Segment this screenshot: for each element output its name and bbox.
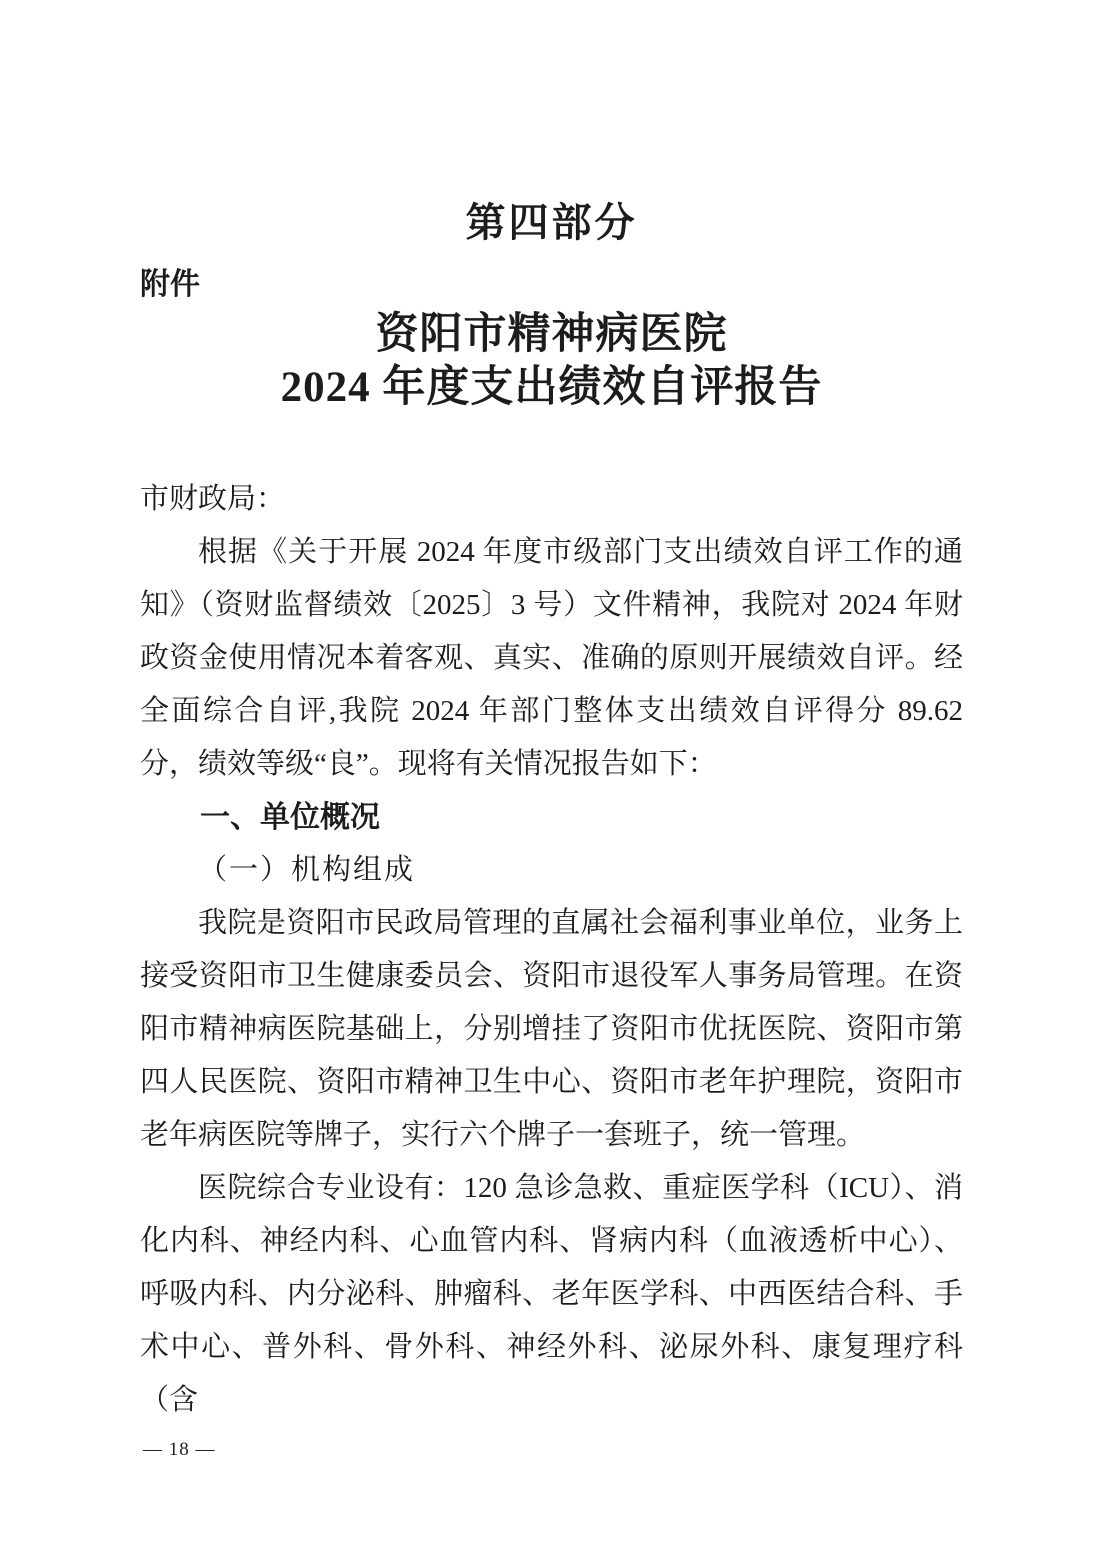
document-page: 第四部分 附件 资阳市精神病医院 2024 年度支出绩效自评报告 市财政局： 根… [0, 0, 1100, 1555]
page-number: — 18 — [143, 1438, 216, 1462]
document-title-line1: 资阳市精神病医院 [140, 308, 963, 361]
document-title-line2: 2024 年度支出绩效自评报告 [140, 361, 963, 414]
organization-paragraph: 我院是资阳市民政局管理的直属社会福利事业单位，业务上接受资阳市卫生健康委员会、资… [140, 897, 963, 1162]
attachment-label: 附件 [140, 267, 963, 303]
intro-paragraph: 根据《关于开展 2024 年度市级部门支出绩效自评工作的通知》（资财监督绩效〔2… [140, 526, 963, 791]
subsection-heading-organization: （一）机构组成 [140, 844, 963, 897]
section-heading-unit-overview: 一、单位概况 [140, 791, 963, 844]
departments-paragraph: 医院综合专业设有：120 急诊急救、重症医学科（ICU）、消化内科、神经内科、心… [140, 1162, 963, 1427]
salutation: 市财政局： [140, 473, 963, 526]
document-body: 市财政局： 根据《关于开展 2024 年度市级部门支出绩效自评工作的通知》（资财… [140, 473, 963, 1427]
document-title: 资阳市精神病医院 2024 年度支出绩效自评报告 [140, 308, 963, 414]
part-heading: 第四部分 [140, 199, 963, 247]
